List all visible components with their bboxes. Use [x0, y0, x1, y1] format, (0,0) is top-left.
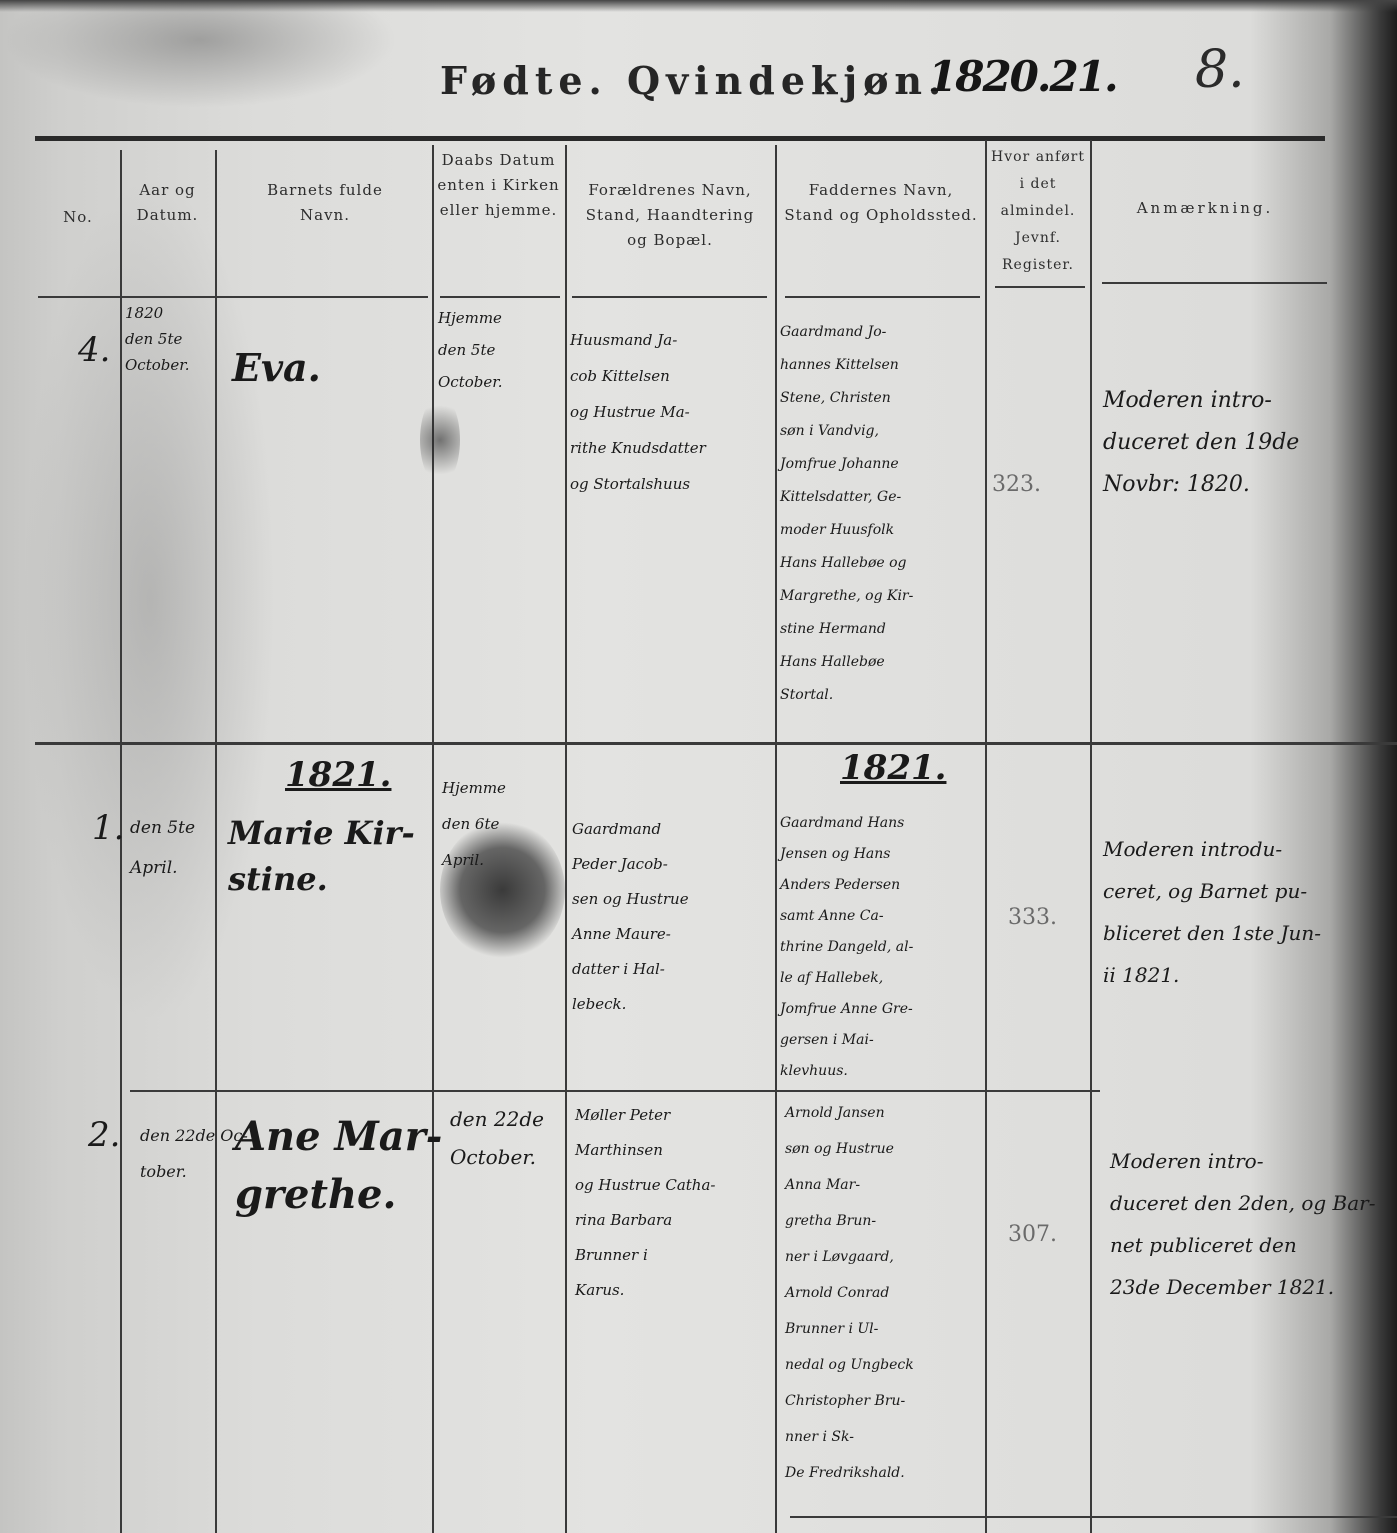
parents-info: Gaardmand Peder Jacob- sen og Hustrue An…: [572, 812, 689, 1022]
column-header-parents: Forældrenes Navn, Stand, Haandtering og …: [575, 178, 765, 253]
header-underline: [440, 296, 560, 298]
column-header-register: Hvor anført i det almindel. Jevnf. Regis…: [988, 144, 1088, 279]
register-ref: 333.: [1008, 905, 1057, 930]
column-divider: [985, 140, 987, 1533]
column-divider: [432, 145, 434, 1533]
entry-number: 1.: [92, 808, 124, 848]
header-underline: [572, 296, 767, 298]
column-header-baptism: Daabs Datum enten i Kirken eller hjemme.: [436, 148, 561, 223]
year-marker: 1821.: [285, 755, 391, 795]
column-header-remarks: Anmærkning.: [1100, 196, 1310, 221]
row-separator: [130, 1090, 1100, 1092]
column-header-date: Aar og Datum.: [125, 178, 210, 228]
title-year: 1820.21.: [928, 52, 1117, 101]
header-underline: [785, 296, 980, 298]
column-divider: [565, 145, 567, 1533]
remarks: Moderen introdu- ceret, og Barnet pu- bl…: [1103, 828, 1321, 996]
column-header-no: No.: [48, 205, 108, 230]
column-header-name: Barnets fulde Navn.: [240, 178, 410, 228]
register-ref: 307.: [1008, 1222, 1057, 1247]
column-header-sponsors: Faddernes Navn, Stand og Opholdssted.: [782, 178, 980, 228]
header-underline: [995, 286, 1085, 288]
sponsors-info: Gaardmand Hans Jensen og Hans Anders Ped…: [780, 808, 913, 1087]
page-title: Fødte. Qvindekjøn.: [440, 58, 947, 103]
baptism-date: Hjemme den 5te October.: [438, 302, 503, 398]
column-divider: [775, 145, 777, 1533]
child-name: Eva.: [232, 345, 321, 390]
sponsors-info: Arnold Jansen søn og Hustrue Anna Mar- g…: [785, 1095, 914, 1491]
parents-info: Møller Peter Marthinsen og Hustrue Catha…: [575, 1098, 715, 1308]
remarks: Moderen intro- duceret den 19de Novbr: 1…: [1103, 380, 1299, 506]
column-divider: [215, 150, 217, 1533]
baptism-date: den 22de October.: [450, 1100, 544, 1176]
entry-date: den 22de Oc- tober.: [140, 1118, 248, 1190]
entry-date: den 5te April.: [130, 808, 195, 888]
register-ref: 323.: [992, 472, 1041, 497]
header-rule: [35, 136, 1325, 141]
entry-date: 1820 den 5te October.: [125, 300, 190, 378]
header-underline: [1102, 282, 1327, 284]
header-underline: [38, 296, 428, 298]
sponsors-info: Gaardmand Jo- hannes Kittelsen Stene, Ch…: [780, 316, 913, 712]
register-page: Fødte. Qvindekjøn. 1820.21. 8. No. Aar o…: [0, 0, 1397, 1533]
page-top-edge: [0, 0, 1397, 12]
entry-number: 4.: [78, 330, 110, 370]
page-number: 8.: [1195, 40, 1245, 100]
year-marker: 1821.: [840, 748, 946, 788]
child-name: Marie Kir- stine.: [228, 810, 415, 902]
row-separator: [35, 742, 1397, 745]
baptism-date: Hjemme den 6te April.: [442, 770, 506, 878]
entry-number: 2.: [88, 1115, 120, 1155]
ink-stain: [420, 395, 460, 485]
parents-info: Huusmand Ja- cob Kittelsen og Hustrue Ma…: [570, 322, 706, 502]
remarks: Moderen intro- duceret den 2den, og Bar-…: [1110, 1140, 1376, 1308]
column-divider: [1090, 140, 1092, 1533]
child-name: Ane Mar- grethe.: [235, 1108, 442, 1224]
row-separator: [790, 1516, 1397, 1518]
